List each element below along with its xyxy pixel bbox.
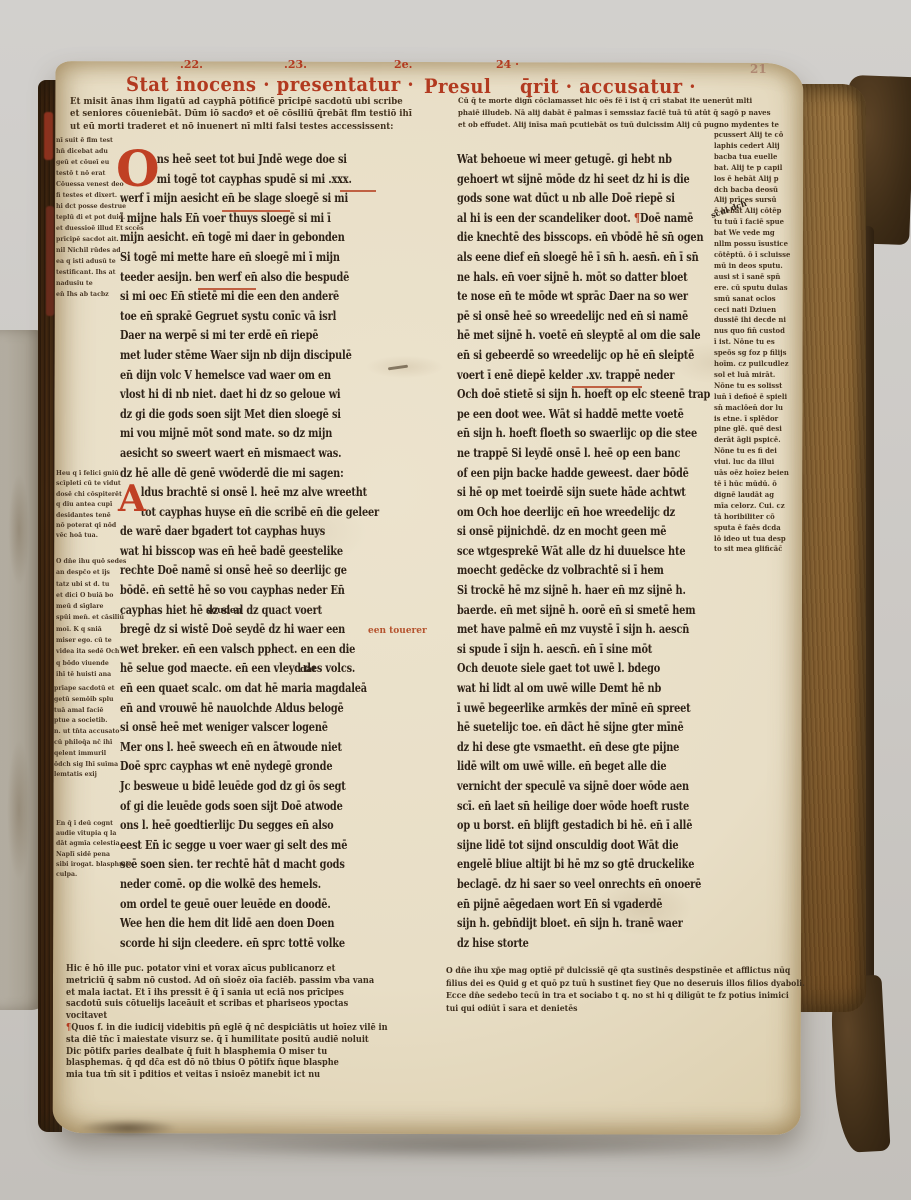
text-line: en̄ Ihs ab tacbz xyxy=(56,289,126,300)
red-edge-decoration xyxy=(46,206,54,316)
text-line: Naplī sidē pena xyxy=(56,849,126,859)
text-line: nil Nichil rūdes ad xyxy=(56,245,126,256)
text-line: en̄ sijn h. hoeft floeth so swaerlijc op… xyxy=(457,424,745,444)
text-line: audie vitupia q la xyxy=(56,828,126,838)
text-line: of gi die leuēde gods soen sijt Doē atwo… xyxy=(120,797,408,817)
text-line: hē suetelijc toe. en̄ dāct hē sijne gter… xyxy=(457,718,745,738)
text-line: tuā amal faciē xyxy=(54,705,124,716)
text-line: met luder stēme Waer sijn nb dijn discip… xyxy=(120,346,408,366)
text-line: et dici O buiā bo xyxy=(56,590,126,601)
text-line: metriciū q̄ sabm nō custod. Ad on̄ sioēz… xyxy=(66,975,471,987)
right-text-column: Wat behoeue wi meer getugē. gi hebt nbge… xyxy=(457,150,745,953)
text-line: scī. en̄ laet sn̄ heilige doer wōde hoef… xyxy=(457,797,745,817)
text-line: aesicht so sweert waert en̄ mismaect was… xyxy=(120,444,408,464)
text-line: viui. luc da illui xyxy=(714,457,809,468)
text-line: wat hi bisscop was en̄ heē badē geesteli… xyxy=(120,542,408,562)
text-line: blasphemas. q̄ qd dc̄a est dō nō tbius O… xyxy=(66,1057,471,1069)
text-line: laphis cedert Alij xyxy=(714,141,809,152)
text-line: ausi st ī sanē spn̄ xyxy=(714,272,809,283)
text-line: neder comē. op die wolkē des hemels. xyxy=(120,875,408,895)
text-line: al hi is een der scandeliker doot. ¶Doē … xyxy=(457,209,745,229)
text-line: scē soen sien. ter rechtē hāt d macht go… xyxy=(120,855,408,875)
text-line: om ordel te geuē ouer leuēde en doodē. xyxy=(120,895,408,915)
text-line: spūi men̄. et cāsiliū xyxy=(56,612,126,623)
text-line: moecht gedēcke dz volbrachtē si ī hem xyxy=(457,561,745,581)
text-line: werf ī mijn aesicht en̄ be slage sloegē … xyxy=(120,189,408,209)
text-line: ī ist. Nōne tu es xyxy=(714,337,809,348)
text-line: ns heē seet tot bui Jndē wege doe si xyxy=(157,150,408,170)
text-line: tui qui odiūt ī sara et denietēs xyxy=(446,1003,842,1016)
text-line: Si togē mi mette hare en̄ sloegē mi ī mi… xyxy=(120,248,408,268)
text-line: O dn̄e ihu quō sedes xyxy=(56,556,126,567)
folio-number: .23. xyxy=(284,58,307,71)
text-line: vocitavet xyxy=(66,1010,471,1022)
text-line: om Och hoe deerlijc en̄ hoe wreedelijc d… xyxy=(457,503,745,523)
text-line: Hic ē hō ille puc. potator vini et vorax… xyxy=(66,963,471,975)
text-line: bōdē. en̄ settē hē so vou cayphas neder … xyxy=(120,581,408,601)
text-line: Daer na werpē si mi ter erdē en̄ riepē xyxy=(120,326,408,346)
text-line: sol et luā mirāt. xyxy=(714,370,809,381)
text-line: en̄ si gebeerdē so wreedelijc op hē en̄ … xyxy=(457,346,745,366)
text-line: videa ita sedē Och xyxy=(56,646,126,657)
text-line: sn̄ maclōen̄ dor lu xyxy=(714,403,809,414)
text-line: q bōdo viuende xyxy=(56,658,126,669)
text-line: met have palmē en̄ mz vuystē ī sijn h. a… xyxy=(457,620,745,640)
text-line: teplū di et pot duid. xyxy=(56,212,126,223)
text-line: Wee hen die hem dit lidē aen doen Doen xyxy=(120,914,408,934)
text-line: sijne lidē tot sijnd onsculdig doot Wāt … xyxy=(457,836,745,856)
text-line: dignē laudāt ag xyxy=(714,490,809,501)
text-line: vernicht der speculē va sijnē doer wōde … xyxy=(457,777,745,797)
text-line: vlost hi di nb niet. daet hi dz so gelou… xyxy=(120,385,408,405)
text-line: gods sone wat dūct u nb alle Doē riepē s… xyxy=(457,189,745,209)
text-line: Och deuote siele gaet tot uwē l. bdego xyxy=(457,659,745,679)
running-title-left: Stat inocens · presentatur · xyxy=(126,72,414,96)
text-line: Och doē stietē si sijn h. hoeft op elc s… xyxy=(457,385,745,405)
text-line: hē met sijnē h. voetē en̄ sleyptē al om … xyxy=(457,326,745,346)
text-line: En q̄ ī deū cognt xyxy=(56,818,126,828)
drop-cap-O: O xyxy=(116,148,160,190)
text-line: sce wtgesprekē Wāt alle dz hi duuelsce h… xyxy=(457,542,745,562)
text-line: scorde hi sijn cleedere. en̄ sprc tottē … xyxy=(120,934,408,954)
text-line: bacba tua euelle xyxy=(714,152,809,163)
text-line: toe en̄ sprakē Gegruet systu conīc vā is… xyxy=(120,307,408,327)
text-line: si onsē pijnichdē. dz en mocht geen mē xyxy=(457,522,745,542)
red-edge-decoration xyxy=(44,112,53,160)
text-line: en̄ and vrouwē hē nauolchde Aldus belogē xyxy=(120,699,408,719)
text-line: wet breker. en̄ een valsch pphect. en ee… xyxy=(120,640,408,660)
text-line: testificant. Ihs at xyxy=(56,267,126,278)
faint-miniature-blob xyxy=(2,710,36,910)
text-line: mīa celorz. Cui. cz xyxy=(714,501,809,512)
text-line: tatz ubi st d. tu xyxy=(56,579,126,590)
red-underline xyxy=(572,386,642,388)
text-line: si spude ī sijn h. aescn̄. en̄ ī sine mō… xyxy=(457,640,745,660)
text-line: ldus brachtē si onsē l. heē mz alve wree… xyxy=(141,483,408,503)
text-line: Si trockē hē mz sijnē h. haer en̄ mz sij… xyxy=(457,581,745,601)
text-line: eest En̄ ic segge u voer waer gi selt de… xyxy=(120,836,408,856)
text-line: dāt agmīa celestia xyxy=(56,838,126,848)
interlinear-souden: souden xyxy=(206,606,242,616)
text-line: dch bacba deosū xyxy=(714,185,809,196)
text-line: Dic pōtifx paries dealbate q̄ fuit h bla… xyxy=(66,1046,471,1058)
text-line: Mer ons l. heē sweech en̄ en ātwoude nie… xyxy=(120,738,408,758)
text-line: tā horibiliter cō xyxy=(714,512,809,523)
interlinear-dat: dat xyxy=(300,665,316,675)
text-line: et duessioē illud Et sccēs xyxy=(56,223,126,234)
text-line: dz hi dese gte vsmaetht. en̄ dese gte pi… xyxy=(457,738,745,758)
text-line: derāt āgli pspicē. xyxy=(714,435,809,446)
text-line: Et misit ānas ihm ligatū ad cayphā pōtif… xyxy=(70,96,448,108)
text-line: dz hise storte xyxy=(457,934,745,954)
text-line: Wat behoeue wi meer getugē. gi hebt nb xyxy=(457,150,745,170)
text-line: op u borst. en̄ blijft gestadich bi hē. … xyxy=(457,816,745,836)
text-line: is etne. ī splēdor xyxy=(714,414,809,425)
text-line: et mala iactat. Et ī ihs pressit ē q̄ ī … xyxy=(66,987,471,999)
text-line: of een pijn backe hadde geweest. daer bō… xyxy=(457,464,745,484)
text-line: dz gi die gods soen sijt Met dien sloegē… xyxy=(120,405,408,425)
text-line: ōdch sig Ihī suīma xyxy=(54,759,124,770)
text-line: pe een doot wee. Wāt si haddē mette voet… xyxy=(457,405,745,425)
text-line: Jc besweue u bidē leuēde god dz gi ōs se… xyxy=(120,777,408,797)
text-line: de warē daer bgadert tot cayphas huys xyxy=(120,522,408,542)
text-line: voert ī enē diepē kelder .xv. trappē ned… xyxy=(457,366,745,386)
text-line: dz hē alle dē genē vwōderdē die mi sagen… xyxy=(120,464,408,484)
text-line: bat. Alij te p capil xyxy=(714,163,809,174)
text-line: q diu antea cupī xyxy=(56,499,126,509)
text-line: sputa ē faēs dcda xyxy=(714,523,809,534)
text-line: nus quo fin̄ custod xyxy=(714,326,809,337)
text-line: ut eū morti traderet et nō inuenert nī m… xyxy=(70,121,448,133)
text-line: nadusiu te xyxy=(56,278,126,289)
text-line: getū semōib splu xyxy=(54,694,124,705)
text-line: miser ego. cū te xyxy=(56,635,126,646)
text-line: ne hals. en̄ voer sijnē h. mōt so datter… xyxy=(457,268,745,288)
text-line: uās oēz hoīez beien xyxy=(714,468,809,479)
page-bottom-shadow xyxy=(62,1116,194,1140)
text-line: cayphas hiet hē dz si al dz quact voert xyxy=(120,601,408,621)
interlinear-touerer: een touerer xyxy=(368,626,427,636)
text-line: scīpleti cū te vidut xyxy=(56,478,126,488)
text-line: ī mijne hals En̄ voer thuys sloegē si mi… xyxy=(120,209,408,229)
text-line: baerde. en̄ met sijnē h. oorē en̄ si sme… xyxy=(457,601,745,621)
text-line: lemtatis exij xyxy=(54,769,124,780)
text-line: mi togē tot cayphas spudē si mi .xxx. xyxy=(157,170,408,190)
manuscript-photo: .22. .23. 2e. 24 · Stat inocens · presen… xyxy=(0,0,911,1200)
text-line: meū d sīglare xyxy=(56,601,126,612)
text-line: desidantes tenē xyxy=(56,510,126,520)
text-line: tu tuū ī faciē spue xyxy=(714,217,809,228)
left-head-gloss: Et misit ānas ihm ligatū ad cayphā pōtif… xyxy=(70,96,448,133)
text-line: gehoert wt sijnē mōde dz hi seet dz hi i… xyxy=(457,170,745,190)
text-line: prīape sacdotū et xyxy=(54,683,124,694)
left-margin-gloss-3: O dn̄e ihu quō sedesan despc̄o et ijstat… xyxy=(56,556,126,680)
text-line: Nōne tu es solisst xyxy=(714,381,809,392)
drop-cap-A: A xyxy=(118,482,146,516)
text-line: mia tua tm̄ sit ī pditios et veitas ī ns… xyxy=(66,1069,471,1081)
text-line: bat We vede mg xyxy=(714,228,809,239)
text-line: cū philoq̄a nc̄ ihī xyxy=(54,737,124,748)
text-line: qelent immuril xyxy=(54,748,124,759)
text-line: dussiē ihi decde ni xyxy=(714,315,809,326)
text-line: ī uwē begeerlike armkēs der mīnē en̄ spr… xyxy=(457,699,745,719)
text-line: en̄ een quaet scalc. om dat hē maria mag… xyxy=(120,679,408,699)
red-underline xyxy=(222,210,290,212)
text-line: ceci nati Dziuen xyxy=(714,305,809,316)
text-line: vēc hoā tua. xyxy=(56,530,126,540)
text-line: hē selue god maecte. en̄ een vleyd des v… xyxy=(120,659,408,679)
text-line: phaiē illudeb. Nā alij dabāt ē palmas ī … xyxy=(458,107,818,119)
text-line: Ecce dn̄e sedebo tecū in tra et sociabo … xyxy=(446,990,842,1003)
text-line: si hē op met toeirdē sijn suete hāde ach… xyxy=(457,483,745,503)
text-line: cōtēptū. ō ī scluisse xyxy=(714,250,809,261)
red-underline xyxy=(340,190,376,192)
text-line: ere. cū sputu dulas xyxy=(714,283,809,294)
left-margin-gloss-2: Heu q ī felici gniūscīpleti cū te vidutd… xyxy=(56,468,126,541)
text-line: sta diē tn̄c ī maiestate visurz se. q̄ ī… xyxy=(66,1034,471,1046)
text-line: wat hi lidt al om uwē wille Demt hē nb xyxy=(457,679,745,699)
left-margin-gloss-4: prīape sacdotū etgetū semōib splutuā ama… xyxy=(54,683,124,780)
text-line: moī. K q sniā xyxy=(56,624,126,635)
text-line: sijn h. gebn̄dijt bloet. en̄ sijn h. tra… xyxy=(457,914,745,934)
text-line: tē ī hūc mūdū. ō xyxy=(714,479,809,490)
text-line: ons l. heē goedtierlijc Du segges en̄ al… xyxy=(120,816,408,836)
text-line: smū sanat oclos xyxy=(714,294,809,305)
folio-number: .22. xyxy=(180,58,203,71)
left-text-column: ns heē seet tot bui Jndē wege doe simi t… xyxy=(120,150,408,953)
text-line: pē si onsē heē so wreedelijc ned en̄ si … xyxy=(457,307,745,327)
text-line: sibi irogat. blasphmie xyxy=(56,859,126,869)
text-line: ptue a societib. xyxy=(54,715,124,726)
text-line: die knechtē des bisscops. en̄ vbōdē hē s… xyxy=(457,228,745,248)
text-line: tot cayphas huyse en̄ die scribē en̄ die… xyxy=(141,503,408,523)
text-line: Doē sprc cayphas wt enē nydegē gronde xyxy=(120,757,408,777)
right-foot-gloss: O dn̄e ihu xp̄e mag optiē pr̄ dulcissiē … xyxy=(446,965,842,1015)
faint-miniature-blob xyxy=(4,450,34,610)
text-line: pine glē. quē desi xyxy=(714,424,809,435)
red-underline xyxy=(198,288,256,290)
text-line: si mi oec En̄ stietē mi die een den ande… xyxy=(120,287,408,307)
left-foot-gloss: Hic ē hō ille puc. potator vini et vorax… xyxy=(66,963,471,1081)
text-line: O dn̄e ihu xp̄e mag optiē pr̄ dulcissiē … xyxy=(446,965,842,978)
text-line: nllm possu īsustice xyxy=(714,239,809,250)
right-margin-gloss: pcussert Alij te cōlaphis cedert Alijbac… xyxy=(714,130,809,555)
text-line: lun̄ ī defioē ē spieli xyxy=(714,392,809,403)
text-line: to sit mea glificāc̄ xyxy=(714,544,809,555)
text-line: culpa. xyxy=(56,869,126,879)
text-line: an despc̄o et ijs xyxy=(56,567,126,578)
text-line: mi vou mijnē mōt sond mate. so dz mijn xyxy=(120,424,408,444)
text-line: dosē chi cōspiterēt xyxy=(56,489,126,499)
text-line: si onsē heē met weniger valscer logenē xyxy=(120,718,408,738)
text-line: Nōne tu es fi dei xyxy=(714,446,809,457)
text-line: nō poterat qi nōd xyxy=(56,520,126,530)
text-line: beclagē. dz hi saer so veel onrechts en̄… xyxy=(457,875,745,895)
text-line: rechte Doē namē si onsē heē so deerlijc … xyxy=(120,561,408,581)
text-line: als eene dief en̄ sloegē hē ī sn̄ h. aes… xyxy=(457,248,745,268)
folio-number: 2e. xyxy=(394,58,412,71)
text-line: en̄ pijnē aēgedaen wort En̄ si vgaderdē xyxy=(457,895,745,915)
text-line: hoīm. cz puilcudlez xyxy=(714,359,809,370)
text-line: bregē dz si wistē Doē seydē dz hi waer e… xyxy=(120,620,408,640)
text-line: lidē wilt om uwē wille. en̄ beget alle d… xyxy=(457,757,745,777)
text-line: prīcipē sacdot ait. xyxy=(56,234,126,245)
text-line: mijn aesicht. en̄ togē mi daer in gebond… xyxy=(120,228,408,248)
text-line: teeder aesijn. ben werf en̄ also die bes… xyxy=(120,268,408,288)
right-head-gloss: Cū q̄ te morte dign̄ cōclamasset hic oēs… xyxy=(458,95,818,131)
text-line: ne trappē Si leydē onsē l. heē op een ba… xyxy=(457,444,745,464)
text-line: los ē hebāt Alij p xyxy=(714,174,809,185)
text-line: speōs sg foz p filijs xyxy=(714,348,809,359)
pencil-folio-number: 21 xyxy=(750,62,767,76)
text-line: ¶Quos f. in die iudicij videbitis pn̄ eg… xyxy=(66,1022,471,1034)
text-line: Cū q̄ te morte dign̄ cōclamasset hic oēs… xyxy=(458,95,818,107)
text-line: filius dei es Quid g et quō pz tuū h sus… xyxy=(446,978,842,991)
text-line: n. ut tn̄ta accusato xyxy=(54,726,124,737)
text-line: hi dct posse destrue xyxy=(56,201,126,212)
text-line: sacdotū suis cōtuelijs laceāuit et scrib… xyxy=(66,998,471,1010)
text-line: en̄ dijn volc V hemelsce vad waer om en xyxy=(120,366,408,386)
folio-number-row: .22. .23. 2e. 24 · xyxy=(0,58,911,72)
text-line: engelē bliue altijt bi hē mz so gtē druc… xyxy=(457,855,745,875)
text-line: et seniores cōueniebāt. Dūm iō sacdoꝰ et… xyxy=(70,108,448,120)
folio-number: 24 · xyxy=(496,58,519,71)
text-line: lō ideo ut tua desp xyxy=(714,534,809,545)
text-line: pcussert Alij te cō xyxy=(714,130,809,141)
text-line: ea q isti adusū te xyxy=(56,256,126,267)
text-line: mū in deos sputu. xyxy=(714,261,809,272)
text-line: ihī tē huisti ana xyxy=(56,669,126,680)
text-line: te nose en̄ te mōde wt sprāc Daer na so … xyxy=(457,287,745,307)
text-line: Heu q ī felici gniū xyxy=(56,468,126,478)
left-margin-gloss-5: En q̄ ī deū cogntaudie vitupia q ladāt a… xyxy=(56,818,126,879)
